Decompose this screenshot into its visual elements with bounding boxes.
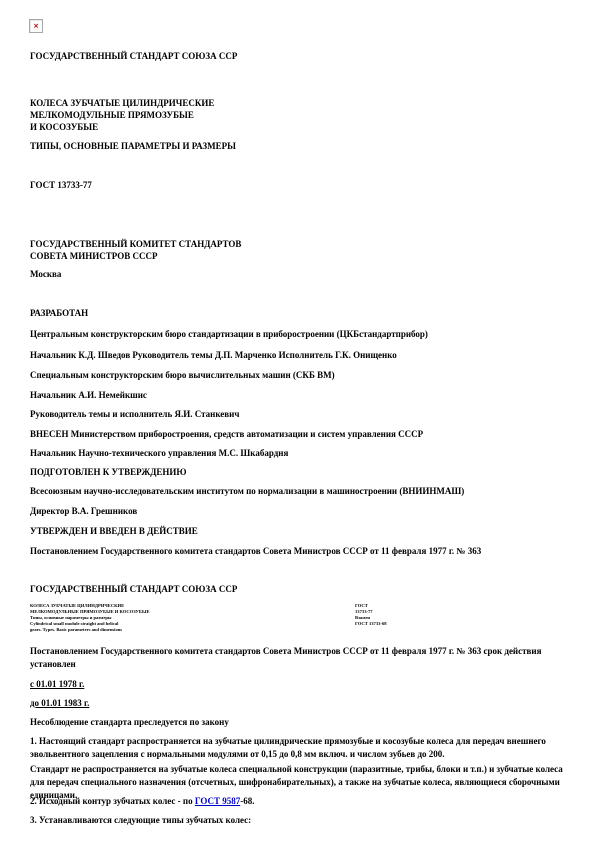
developed-org2: Специальным конструкторским бюро вычисли… [30, 369, 571, 382]
doc-header: ГОСУДАРСТВЕННЫЙ СТАНДАРТ СОЮЗА ССР [30, 50, 571, 63]
document-page: × ГОСУДАРСТВЕННЫЙ СТАНДАРТ СОЮЗА ССР КОЛ… [0, 0, 595, 842]
second-doc-header: ГОСУДАРСТВЕННЫЙ СТАНДАРТ СОЮЗА ССР [30, 583, 571, 596]
committee-line-1: ГОСУДАРСТВЕННЫЙ КОМИТЕТ СТАНДАРТОВ [30, 238, 571, 250]
paragraph-3-prefix: 2. Исходный контур зубчатых колес - по [30, 796, 195, 806]
approved-decree: Постановлением Государственного комитета… [30, 545, 571, 558]
paragraph-3-suffix: -68. [240, 796, 254, 806]
city-label: Москва [30, 268, 571, 281]
developed-org1: Центральным конструкторским бюро стандар… [30, 328, 571, 341]
prepared-director: Директор В.А. Грешников [30, 505, 571, 518]
broken-image-x-glyph: × [33, 23, 39, 30]
gost-number: ГОСТ 13733-77 [30, 179, 571, 192]
committee-line-2: СОВЕТА МИНИСТРОВ СССР [30, 250, 571, 262]
committee-name: ГОСУДАРСТВЕННЫЙ КОМИТЕТ СТАНДАРТОВ СОВЕТ… [30, 238, 571, 262]
developed-heading: РАЗРАБОТАН [30, 307, 571, 320]
broken-image-icon: × [29, 19, 43, 33]
approved-heading: УТВЕРЖДЕН И ВВЕДЕН В ДЕЙСТВИЕ [30, 525, 571, 538]
title-block-left-line-5: gears. Types. Basic parameters and dimen… [30, 627, 330, 633]
title-block-right: ГОСТ 13733-77 Взамен ГОСТ 13733-68 [355, 603, 505, 627]
standard-title: КОЛЕСА ЗУБЧАТЫЕ ЦИЛИНДРИЧЕСКИЕ МЕЛКОМОДУ… [30, 97, 571, 133]
validity-decree: Постановлением Государственного комитета… [30, 645, 571, 671]
paragraph-4: 3. Устанавливаются следующие типы зубчат… [30, 814, 571, 827]
standard-subtitle: ТИПЫ, ОСНОВНЫЕ ПАРАМЕТРЫ И РАЗМЕРЫ [30, 140, 571, 153]
submitted-line: ВНЕСЕН Министерством приборостроения, ср… [30, 428, 571, 441]
developed-org2-lead: Руководитель темы и исполнитель Я.И. Ста… [30, 408, 571, 421]
gost-9587-link[interactable]: ГОСТ 9587 [195, 796, 240, 806]
law-notice: Несоблюдение стандарта преследуется по з… [30, 716, 571, 729]
standard-title-line-1: КОЛЕСА ЗУБЧАТЫЕ ЦИЛИНДРИЧЕСКИЕ [30, 97, 571, 109]
submitted-chief: Начальник Научно-технического управления… [30, 447, 571, 460]
developed-org2-head: Начальник А.И. Немейкшис [30, 389, 571, 402]
title-block-replaced-gost: ГОСТ 13733-68 [355, 621, 505, 627]
standard-title-line-3: И КОСОЗУБЫЕ [30, 121, 571, 133]
title-block-left: КОЛЕСА ЗУБЧАТЫЕ ЦИЛИНДРИЧЕСКИЕ МЕЛКОМОДУ… [30, 603, 330, 633]
developed-org1-people: Начальник К.Д. Шведов Руководитель темы … [30, 349, 571, 362]
validity-date-to: до 01.01 1983 г. [30, 697, 571, 710]
paragraph-3: 2. Исходный контур зубчатых колес - по Г… [30, 795, 571, 808]
prepared-institute: Всесоюзным научно-исследовательским инст… [30, 485, 571, 498]
paragraph-1: 1. Настоящий стандарт распространяется н… [30, 735, 571, 761]
prepared-heading: ПОДГОТОВЛЕН К УТВЕРЖДЕНИЮ [30, 466, 571, 479]
validity-date-from: с 01.01 1978 г. [30, 678, 571, 691]
standard-title-line-2: МЕЛКОМОДУЛЬНЫЕ ПРЯМОЗУБЫЕ [30, 109, 571, 121]
